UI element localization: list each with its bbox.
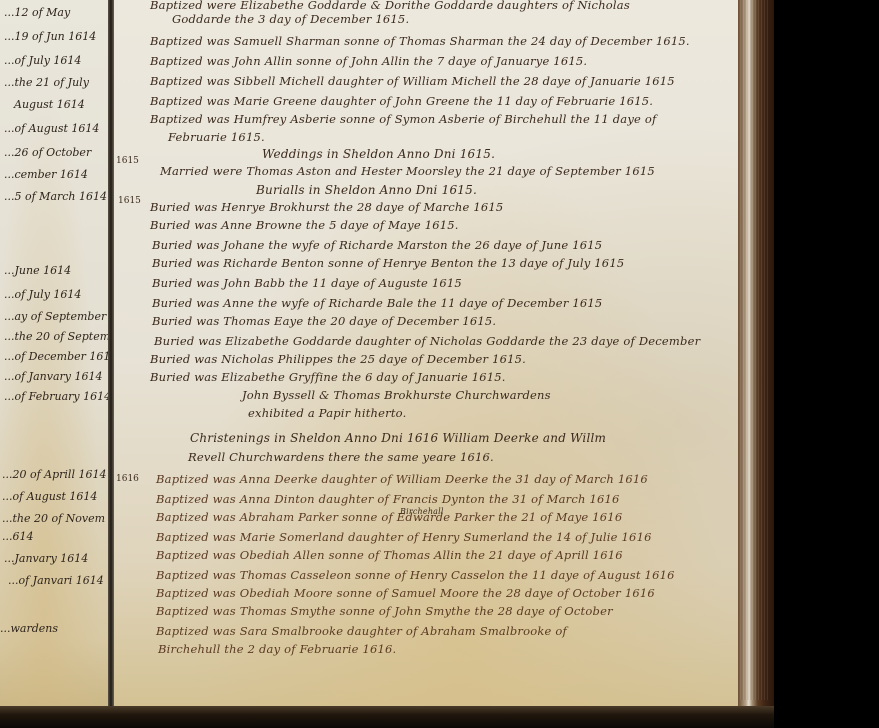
register-entry: Buried was Anne Browne the 5 daye of May…: [150, 220, 459, 232]
margin-year-christenings: 1616: [116, 474, 139, 484]
page-edges: [740, 0, 770, 700]
register-entry: Baptized was Anna Dinton daughter of Fra…: [156, 494, 620, 506]
register-entry: Baptized was Anna Deerke daughter of Wil…: [156, 474, 648, 486]
churchwardens-note: Revell Churchwardens there the same year…: [188, 452, 494, 464]
left-line: ...614: [2, 530, 34, 543]
left-line: ...cember 1614: [4, 168, 88, 181]
interlinear-note: Birchehall: [400, 508, 444, 516]
register-entry: Baptized was Humfrey Asberie sonne of Sy…: [150, 114, 656, 126]
register-entry: Baptized was Marie Greene daughter of Jo…: [150, 96, 653, 108]
register-entry: Buried was Henrye Brokhurst the 28 daye …: [150, 202, 503, 214]
book-bottom-edge: [0, 706, 774, 728]
register-entry: Birchehull the 2 day of Februarie 1616.: [158, 644, 396, 656]
register-entry: Baptized were Elizabethe Goddarde & Dori…: [150, 0, 630, 12]
left-line: ...of February 1614: [4, 390, 111, 403]
left-line: ...19 of Jun 1614: [4, 30, 96, 43]
left-line: August 1614: [14, 98, 85, 111]
register-entry: Baptized was Abraham Parker sonne of Edw…: [156, 512, 622, 524]
register-entry: Baptized was Sibbell Michell daughter of…: [150, 76, 675, 88]
left-line: ...20 of Aprill 1614: [2, 468, 106, 481]
left-line: ...of August 1614: [2, 490, 97, 503]
register-entry: Baptized was Thomas Casseleon sonne of H…: [156, 570, 675, 582]
left-line: ...ay of September: [4, 310, 106, 323]
register-entry: Buried was Johane the wyfe of Richarde M…: [152, 240, 602, 252]
left-line: ...wardens: [0, 622, 58, 635]
register-entry: Baptized was Thomas Smythe sonne of John…: [156, 606, 613, 618]
left-page: ...12 of May ...19 of Jun 1614 ...of Jul…: [0, 0, 110, 710]
churchwardens-note: exhibited a Papir hitherto.: [248, 408, 406, 420]
register-entry: Buried was Elizabethe Goddarde daughter …: [154, 336, 700, 348]
register-entry: Buried was Elizabethe Gryffine the 6 day…: [150, 372, 506, 384]
register-entry: Buried was Richarde Benton sonne of Henr…: [152, 258, 624, 270]
register-entry: Married were Thomas Aston and Hester Moo…: [160, 166, 655, 178]
register-entry: Buried was Anne the wyfe of Richarde Bal…: [152, 298, 602, 310]
register-entry: Baptized was Obediah Moore sonne of Samu…: [156, 588, 655, 600]
left-line: ...12 of May: [4, 6, 70, 19]
left-line: ...of Janvary 1614: [4, 370, 102, 383]
left-line: ...26 of October: [4, 146, 91, 159]
left-line: ...the 20 of Septem: [4, 330, 110, 343]
register-entry: Baptized was Samuell Sharman sonne of Th…: [150, 36, 690, 48]
left-line: ...5 of March 1614: [4, 190, 107, 203]
register-entry: Februarie 1615.: [168, 132, 265, 144]
manuscript-photo: ...12 of May ...19 of Jun 1614 ...of Jul…: [0, 0, 879, 728]
left-line: ...June 1614: [4, 264, 71, 277]
register-entry: Baptized was Obediah Allen sonne of Thom…: [156, 550, 623, 562]
register-entry: Buried was John Babb the 11 daye of Augu…: [152, 278, 462, 290]
left-line: ...of Janvari 1614: [8, 574, 104, 587]
register-entry: Goddarde the 3 day of December 1615.: [172, 14, 409, 26]
register-entry: Baptized was Marie Somerland daughter of…: [156, 532, 652, 544]
left-line: ...the 20 of Novem: [2, 512, 105, 525]
register-entry: Baptized was Sara Smalbrooke daughter of…: [156, 626, 567, 638]
margin-year-burials: 1615: [118, 196, 141, 206]
register-entry: Buried was Nicholas Philippes the 25 day…: [150, 354, 526, 366]
section-heading-burials: Burialls in Sheldon Anno Dni 1615.: [256, 184, 477, 196]
churchwardens-note: John Byssell & Thomas Brokhurste Churchw…: [242, 390, 551, 402]
left-line: ...of July 1614: [4, 288, 81, 301]
left-line: ...the 21 of July: [4, 76, 89, 89]
left-line: ...of July 1614: [4, 54, 81, 67]
section-heading-christenings: Christenings in Sheldon Anno Dni 1616 Wi…: [190, 432, 606, 444]
register-entry: Baptized was John Allin sonne of John Al…: [150, 56, 587, 68]
left-line: ...of August 1614: [4, 122, 99, 135]
margin-year-weddings: 1615: [116, 156, 139, 166]
left-line: ...Janvary 1614: [4, 552, 88, 565]
left-line: ...of December 1614: [4, 350, 117, 363]
section-heading-weddings: Weddings in Sheldon Anno Dni 1615.: [262, 148, 495, 160]
register-entry: Buried was Thomas Eaye the 20 daye of De…: [152, 316, 496, 328]
